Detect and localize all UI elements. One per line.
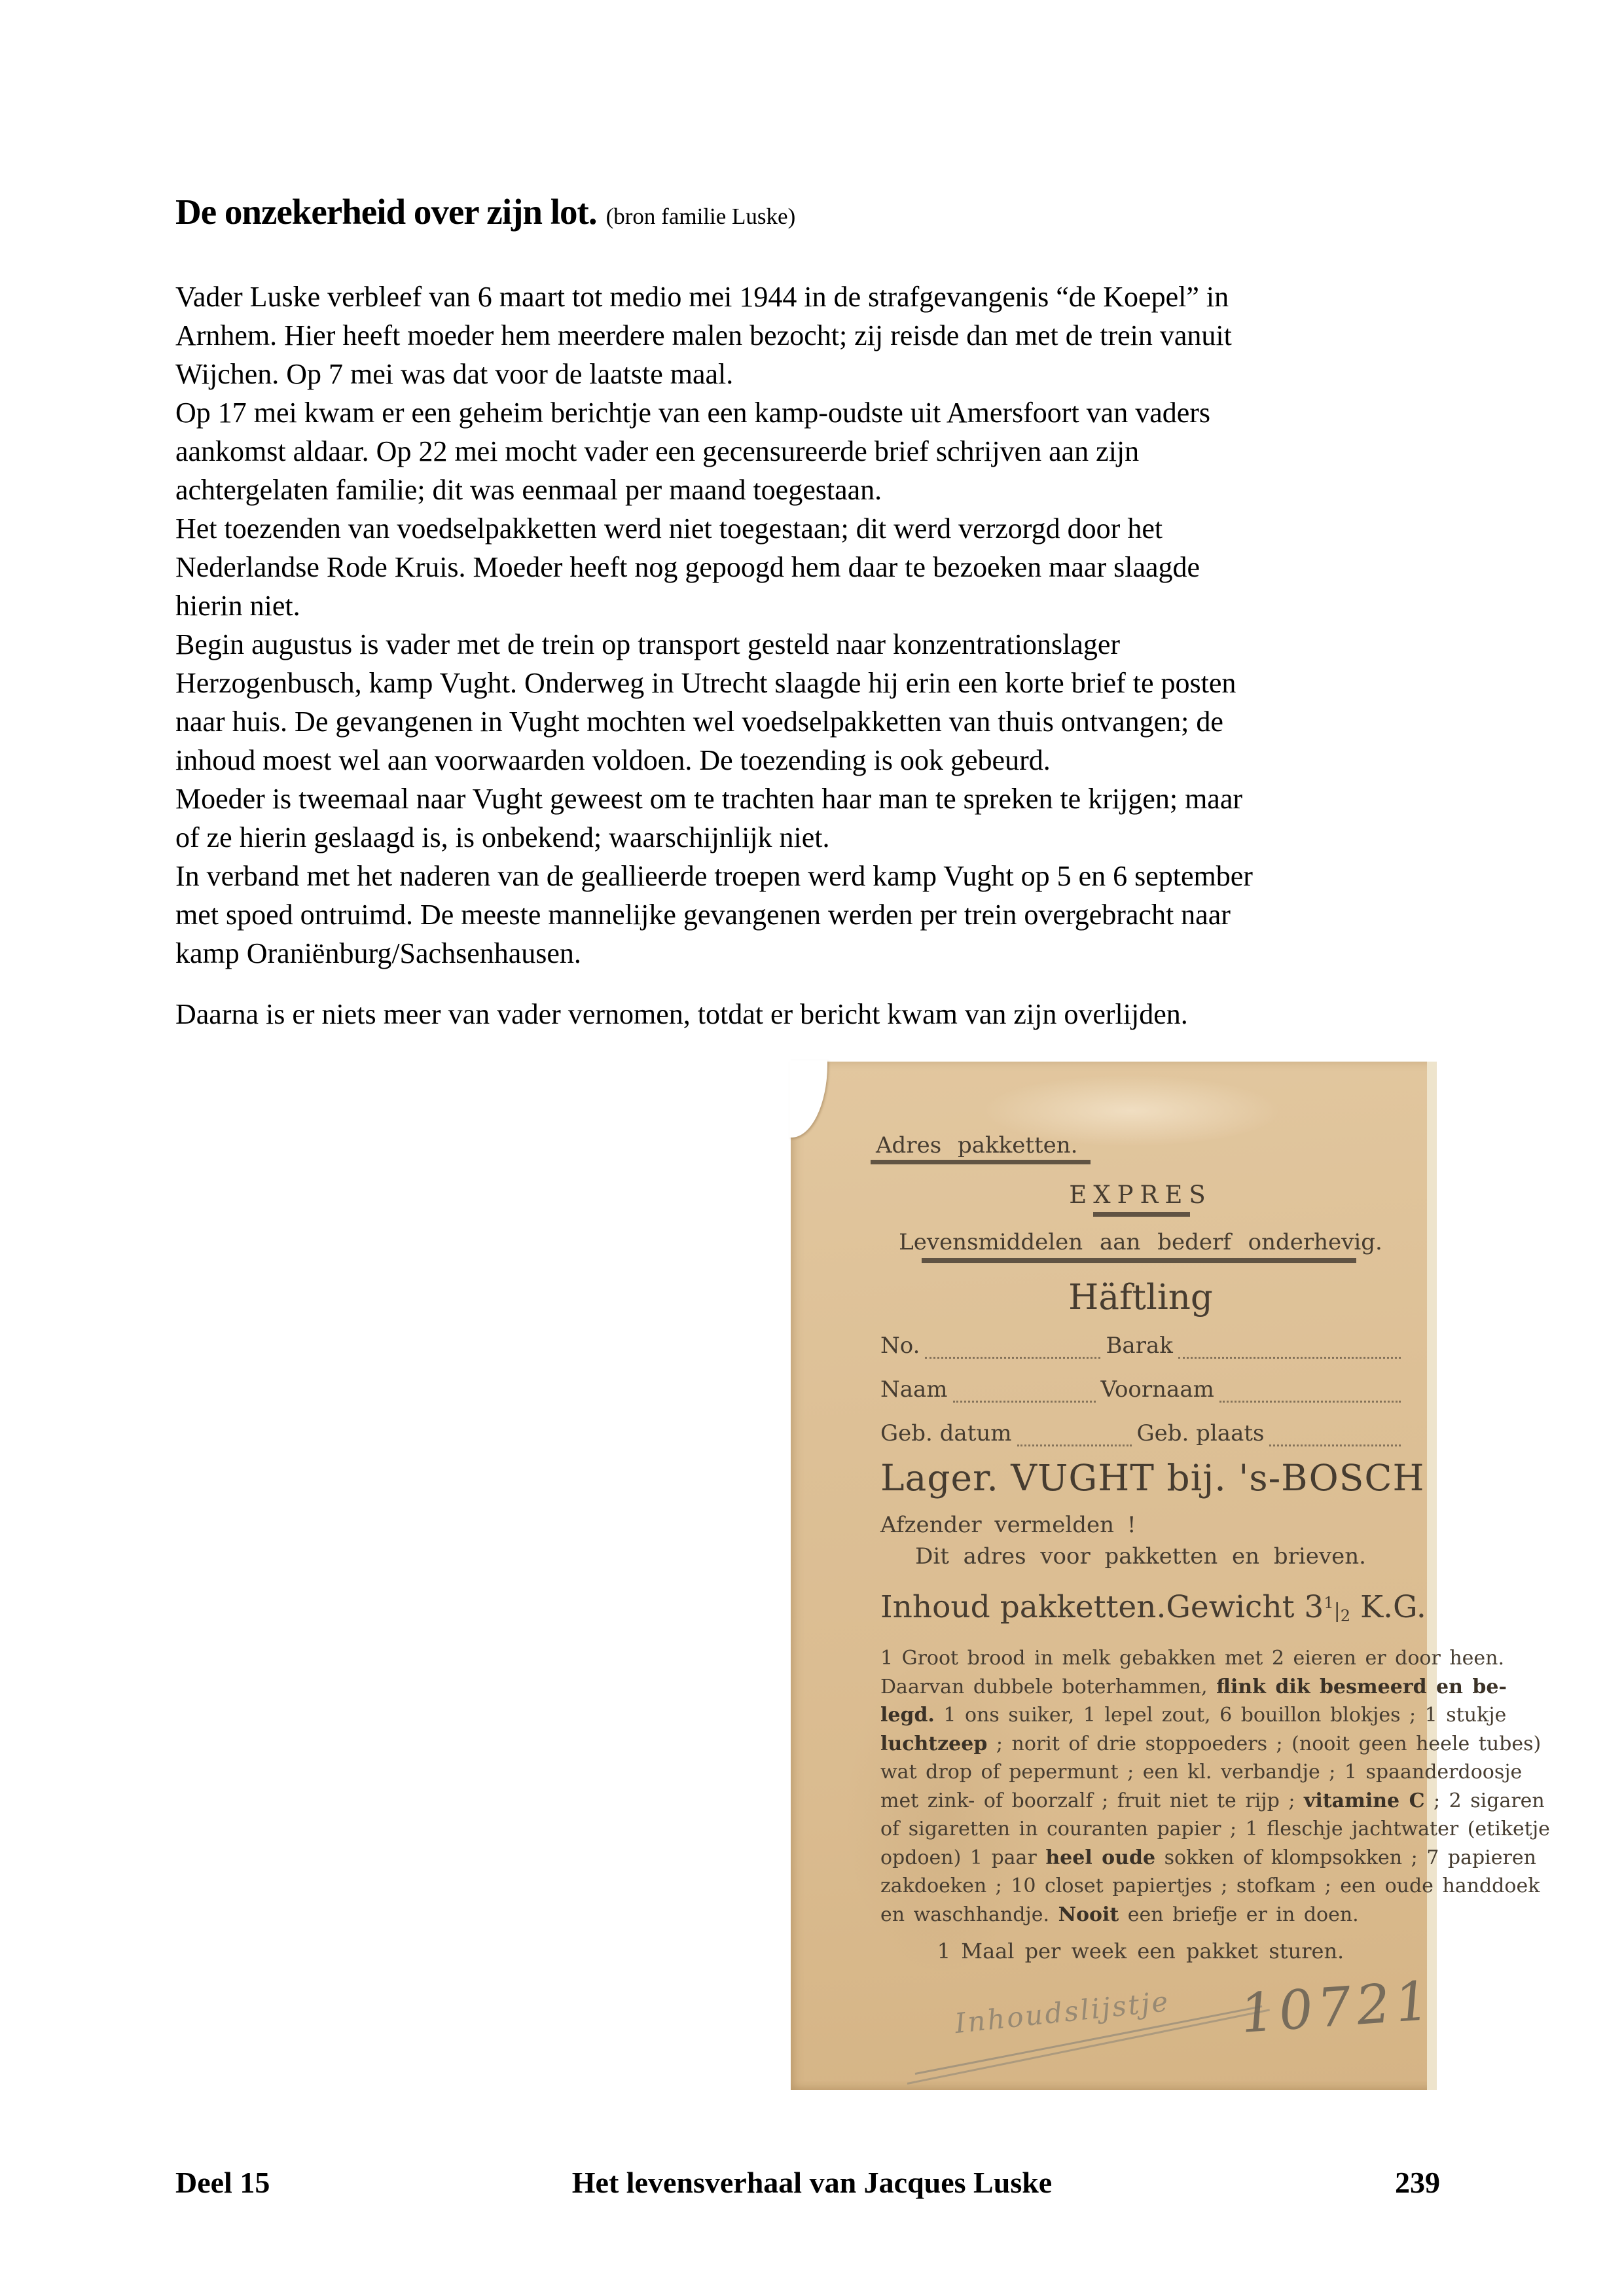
card-field-row-geboorte: Geb. datum Geb. plaats [880, 1420, 1401, 1446]
body-line: hierin niet. [175, 586, 1445, 625]
card-dit-adres-note: Dit adres voor pakketten en brieven. [880, 1543, 1401, 1570]
dotted-line [925, 1337, 1100, 1359]
card-afzender-note: Afzender vermelden ! [880, 1512, 1136, 1538]
instruction-line: opdoen) 1 paar heel oude sokken of klomp… [880, 1844, 1401, 1873]
instruction-line: met zink- of boorzalf ; fruit niet te ri… [880, 1787, 1401, 1816]
dotted-line [1017, 1425, 1132, 1446]
card-adres-underline [871, 1160, 1091, 1164]
text-segment: of sigaretten in couranten papier ; 1 fl… [880, 1818, 1550, 1840]
body-line: achtergelaten familie; dit was eenmaal p… [175, 471, 1445, 509]
handwritten-pencil-number: 10721 [1237, 1969, 1436, 2045]
body-line: inhoud moest wel aan voorwaarden voldoen… [175, 741, 1445, 780]
dotted-line [1219, 1381, 1401, 1403]
instruction-line: wat drop of pepermunt ; een kl. verbandj… [880, 1758, 1401, 1787]
field-label-barak: Barak [1106, 1333, 1172, 1359]
body-line: Herzogenbusch, kamp Vught. Onderweg in U… [175, 664, 1445, 702]
body-line: naar huis. De gevangenen in Vught mochte… [175, 702, 1445, 741]
body-line: Moeder is tweemaal naar Vught geweest om… [175, 780, 1445, 818]
document-page: { "page": { "title": "De onzekerheid ove… [0, 0, 1624, 2296]
body-line: Op 17 mei kwam er een geheim berichtje v… [175, 393, 1445, 432]
body-line: met spoed ontruimd. De meeste mannelijke… [175, 895, 1445, 934]
card-haftling-heading: Häftling [880, 1278, 1401, 1318]
footer-book-title: Het levensverhaal van Jacques Luske [0, 2165, 1624, 2200]
text-segment: 1 Groot brood in melk gebakken met 2 eie… [880, 1647, 1504, 1670]
bold-text-segment: Nooit [1058, 1903, 1119, 1926]
body-line: of ze hierin geslaagd is, is onbekend; w… [175, 818, 1445, 857]
card-levensmiddelen-underline [922, 1258, 1356, 1263]
instruction-line: Daarvan dubbele boterhammen, flink dik b… [880, 1673, 1401, 1702]
text-segment: zakdoeken ; 10 closet papiertjes ; stofk… [880, 1874, 1540, 1897]
field-label-geb-plaats: Geb. plaats [1137, 1420, 1265, 1446]
field-label-voornaam: Voornaam [1101, 1376, 1214, 1403]
text-segment: Daarvan dubbele boterhammen, [880, 1676, 1216, 1698]
page-title: De onzekerheid over zijn lot. [175, 192, 597, 232]
text-segment: ; norit of drie stoppoeders ; (nooit gee… [987, 1732, 1541, 1755]
dotted-line [1178, 1337, 1401, 1359]
text-segment: opdoen) 1 paar [880, 1846, 1045, 1869]
card-weekly-note: 1 Maal per week een pakket sturen. [880, 1939, 1401, 1964]
page-title-source: (bron familie Luske) [606, 204, 796, 229]
field-label-geb-datum: Geb. datum [880, 1420, 1012, 1446]
dotted-line [1269, 1425, 1401, 1446]
card-expres-underline [1093, 1212, 1190, 1217]
body-line: aankomst aldaar. Op 22 mei mocht vader e… [175, 432, 1445, 471]
scanned-card-image: Adres pakketten. EXPRES Levensmiddelen a… [791, 1062, 1437, 2090]
body-line: In verband met het naderen van de gealli… [175, 857, 1445, 895]
card-torn-corner [789, 1060, 827, 1138]
text-segment: sokken of klompsokken ; 7 papieren [1155, 1846, 1536, 1869]
text-segment: en waschhandje. [880, 1903, 1058, 1926]
text-segment: 1 ons suiker, 1 lepel zout, 6 bouillon b… [935, 1704, 1506, 1727]
card-packing-instructions: 1 Groot brood in melk gebakken met 2 eie… [880, 1644, 1401, 1929]
instruction-line: 1 Groot brood in melk gebakken met 2 eie… [880, 1644, 1401, 1673]
bold-text-segment: luchtzeep [880, 1732, 987, 1755]
footer-page-number: 239 [1395, 2165, 1440, 2200]
fraction-denominator: 2 [1341, 1607, 1350, 1625]
card-adres-label: Adres pakketten. [876, 1132, 1077, 1158]
body-line: Arnhem. Hier heeft moeder hem meerdere m… [175, 316, 1445, 355]
text-segment: ; 2 sigaren [1424, 1789, 1544, 1812]
fraction-separator: | [1334, 1600, 1341, 1623]
dotted-line [953, 1381, 1096, 1403]
card-field-row-naam-voornaam: Naam Voornaam [880, 1376, 1401, 1403]
card-gewicht-value: Gewicht 31|2 K.G. [1166, 1589, 1426, 1625]
gewicht-fraction: 1|2 [1324, 1600, 1350, 1623]
body-line: Nederlandse Rode Kruis. Moeder heeft nog… [175, 548, 1445, 586]
card-field-row-no-barak: No. Barak [880, 1333, 1401, 1359]
field-label-no: No. [880, 1333, 920, 1359]
card-lager-vught-line: Lager. VUGHT bij. 's-BOSCH [880, 1457, 1401, 1499]
text-segment: een briefje er in doen. [1119, 1903, 1358, 1926]
bold-text-segment: heel oude [1045, 1846, 1155, 1869]
card-expres-label: EXPRES [880, 1181, 1401, 1209]
card-edge-strip [1427, 1062, 1437, 2090]
closing-line: Daarna is er niets meer van vader vernom… [175, 997, 1188, 1031]
instruction-line: of sigaretten in couranten papier ; 1 fl… [880, 1815, 1401, 1844]
body-line: Het toezenden van voedselpakketten werd … [175, 509, 1445, 548]
page-title-block: De onzekerheid over zijn lot.(bron famil… [175, 191, 795, 232]
gewicht-unit: K.G. [1350, 1589, 1426, 1625]
body-text: Vader Luske verbleef van 6 maart tot med… [175, 278, 1445, 973]
instruction-line: luchtzeep ; norit of drie stoppoeders ; … [880, 1730, 1401, 1759]
instruction-line: legd. 1 ons suiker, 1 lepel zout, 6 boui… [880, 1701, 1401, 1730]
bold-text-segment: legd. [880, 1704, 935, 1727]
body-line: Begin augustus is vader met de trein op … [175, 625, 1445, 664]
instruction-line: zakdoeken ; 10 closet papiertjes ; stofk… [880, 1872, 1401, 1901]
text-segment: met zink- of boorzalf ; fruit niet te ri… [880, 1789, 1304, 1812]
instruction-line: en waschhandje. Nooit een briefje er in … [880, 1901, 1401, 1929]
bold-text-segment: vitamine C [1304, 1789, 1424, 1812]
body-line: Wijchen. Op 7 mei was dat voor de laatst… [175, 355, 1445, 393]
body-line: kamp Oraniënburg/Sachsenhausen. [175, 934, 1445, 973]
gewicht-prefix: Gewicht 3 [1166, 1589, 1324, 1625]
fraction-numerator: 1 [1324, 1594, 1333, 1612]
card-levensmiddelen-label: Levensmiddelen aan bederf onderhevig. [880, 1229, 1401, 1255]
bold-text-segment: flink dik besmeerd en be- [1216, 1676, 1507, 1698]
card-inhoud-gewicht-row: Inhoud pakketten. Gewicht 31|2 K.G. [880, 1589, 1401, 1625]
field-label-naam: Naam [880, 1376, 948, 1403]
text-segment: wat drop of pepermunt ; een kl. verbandj… [880, 1761, 1522, 1784]
body-line: Vader Luske verbleef van 6 maart tot med… [175, 278, 1445, 316]
card-inhoud-title: Inhoud pakketten. [880, 1589, 1166, 1625]
